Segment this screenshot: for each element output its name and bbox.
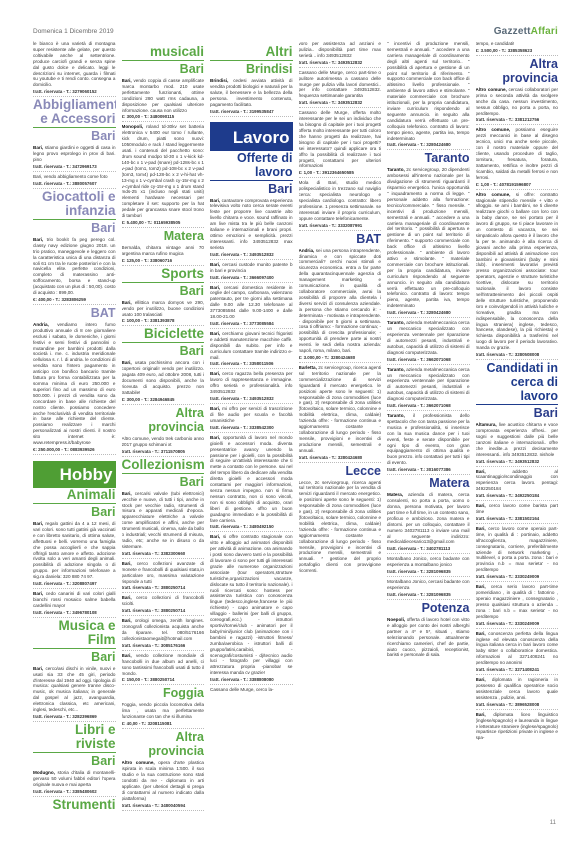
ad-contact: tratt. riservata - T.: 3480492150 bbox=[210, 524, 293, 532]
ad-contact: tratt. riservata - T.: 3773085584 bbox=[210, 321, 293, 329]
ad-text: Bari, cercasi domestica residente in ceg… bbox=[210, 285, 293, 320]
ad-text: " incentivi di produzione mensili, semes… bbox=[387, 41, 470, 141]
ad-text: le bianco è una varietà di montagna supe… bbox=[33, 41, 116, 88]
ad-text: Bari, diplomata liceo linguistico (ingle… bbox=[476, 712, 559, 742]
location-heading: Altra provincia bbox=[122, 730, 205, 758]
section-banner-lavoro: Lavoro bbox=[210, 122, 293, 151]
ad-contact: tratt. riservata - T.: 3492250184 bbox=[476, 493, 559, 501]
ad-contact: tratt. riservata - T.: 3493512832 bbox=[210, 252, 293, 260]
ad-contact: tratt. riservata - T.: 3666097400 bbox=[210, 275, 293, 283]
location-heading: Bari bbox=[33, 754, 116, 768]
ad-text: Matera, azienda di matera, cerca consule… bbox=[387, 492, 470, 545]
ad-contact: tratt. riservata - T.: 3493512832 bbox=[210, 396, 293, 404]
newspaper-page: Domenica 1 Dicembre 2019 GazzettAffari l… bbox=[33, 28, 558, 828]
ad-text: Taranto, azienda metalmeccanica cerca un… bbox=[387, 367, 470, 402]
ad-contact: tratt. riservata - T.: 3896528008 bbox=[476, 702, 559, 710]
location-heading: Altra provincia bbox=[122, 406, 205, 434]
ad-contact: tratt. riservata - T.: 3281096835 bbox=[387, 569, 470, 577]
ad-text: Bari, ellittica marca domyos ve 290, ven… bbox=[122, 300, 205, 318]
ad-contact: tratt. riservata - T.: 3338542300 bbox=[210, 425, 293, 433]
ad-contact: tratt. riservata - T.: 3282396869 bbox=[33, 714, 116, 722]
location-heading: Matera bbox=[387, 476, 470, 490]
ad-text: Cassano delle Murge, cerco la- bbox=[210, 687, 293, 693]
ad-text: Bari, cerco collezioni di francobolli sc… bbox=[122, 595, 205, 607]
ad-contact: €: 400,00 - T.: 3283806259 bbox=[33, 297, 116, 305]
ad-contact: tratt. riservata - T.: 3402781113 bbox=[387, 546, 470, 554]
columns: le bianco è una varietà di montagna supe… bbox=[33, 39, 558, 829]
ad-text: Bari, stiamo giardini e oggetti di casa … bbox=[33, 145, 116, 163]
page-number: 11 bbox=[550, 820, 556, 826]
category-heading: Altri bbox=[210, 45, 293, 59]
ad-text: Altro comune, si offre: contratto stagio… bbox=[476, 192, 559, 351]
ad-contact: €: 300,00 - T.: 3480090115 bbox=[122, 114, 205, 122]
category-heading: Strumenti bbox=[33, 798, 116, 812]
column-2: musicali Bari Bari, vendo coppia di cass… bbox=[122, 39, 205, 829]
ad-text: tempo, e candidati! bbox=[476, 41, 559, 47]
column-5: " incentivi di produzione mensili, semes… bbox=[387, 39, 470, 829]
category-heading: Musica e Film bbox=[33, 619, 116, 647]
ad-text: Bari, mi offro per servizi di trascrizio… bbox=[210, 406, 293, 424]
ad-text: Bari, usata pochissimo ancora con i cope… bbox=[122, 360, 205, 395]
subcategory-heading: Candidati in cerca di lavoro bbox=[476, 361, 559, 403]
ad-contact: tratt. riservata - T.: 3880057607 bbox=[33, 181, 116, 189]
ad-text: Monopoli, roland td-30kv set batteria el… bbox=[122, 124, 205, 219]
ad-text: Montalbano Jonico, cercasi badante con e… bbox=[387, 579, 470, 591]
ad-text: Bari, cerco ragazza bella presenza per l… bbox=[210, 371, 293, 395]
ad-text: Bari, orologi omega, zenith longines. cr… bbox=[122, 618, 205, 642]
category-heading: Collezionismo bbox=[122, 458, 205, 472]
category-heading: Animali bbox=[33, 488, 116, 502]
ad-text: Lecce, 2c servicegroup, ricerca agenti s… bbox=[299, 480, 382, 575]
ad-contact: €: 1,00 - T.: 3912364650585 bbox=[299, 170, 382, 178]
ad-text: Bari, cerco collezioni avanzate di monet… bbox=[122, 561, 205, 585]
ad-contact: €: 250.000,00 - T.: 0883939526 bbox=[33, 447, 116, 455]
ad-text: Bari, cantautore comprovata esperienza t… bbox=[210, 198, 293, 251]
ad-contact: €: 40,00 - T.: 3208115081 bbox=[122, 721, 205, 729]
ad-contact: tratt. riservata - T.: 3085176166 bbox=[122, 643, 205, 651]
ad-contact: tratt. riservata - T.: 3382300660 bbox=[122, 551, 205, 559]
ad-contact: €: 3.000,00 - T.: 3280424680 bbox=[299, 355, 382, 363]
ad-text: Altamura, live acustico chitarra e voce … bbox=[476, 422, 559, 457]
location-heading: Brindisi bbox=[210, 62, 293, 76]
ad-text: Foggia, vendo piccola locomotiva della l… bbox=[122, 702, 205, 720]
dateline: Domenica 1 Dicembre 2019 bbox=[33, 28, 114, 35]
location-heading: Foggia bbox=[122, 686, 205, 700]
category-heading: Abbigliamento e Accessori bbox=[33, 98, 116, 126]
ad-text: Altro comune, possiamo eseguire pezzi me… bbox=[476, 127, 559, 180]
ad-text: Taranto, il professionista dello spettac… bbox=[387, 413, 470, 466]
ad-contact: tratt. riservata - T.: 3381212756 bbox=[476, 117, 559, 125]
ad-contact: tratt. riservata - T.: 3381502164 bbox=[476, 516, 559, 524]
location-heading: Bari bbox=[33, 221, 116, 235]
ad-text: Bari, trio bookit fa peg perego col. cla… bbox=[33, 237, 116, 296]
ad-text: Montalbano Jonico, cerco badante con esp… bbox=[387, 556, 470, 568]
ad-contact: tratt. riservata - T.: 3330249009 bbox=[476, 574, 559, 582]
ad-text: Modugno, storia d'italia di montanelli-g… bbox=[33, 770, 116, 788]
ad-contact: tratt. riservata - T.: 3662071068 bbox=[387, 403, 470, 411]
category-heading: Giocattoli e infanzia bbox=[33, 190, 116, 218]
ad-text: Bari, opportunità di lavoro nel mondo gi… bbox=[210, 435, 293, 524]
ad-contact: tratt. riservata - T.: 3711570805 bbox=[122, 449, 205, 457]
ad-contact: tratt. riservata - T.: 3880250714 bbox=[122, 585, 205, 593]
location-heading: BAT bbox=[299, 232, 382, 246]
ad-text: Bari, cerca/si valvole (tubi elettronici… bbox=[122, 491, 205, 550]
ad-text: Bari, cerco lavoro come barista part tim… bbox=[476, 503, 559, 515]
category-heading: Biciclette bbox=[122, 327, 205, 341]
ad-contact: tratt. riservata - T.: 3199535847 bbox=[210, 109, 293, 117]
ad-text: Bari, cerco lavoro come operaio part-tim… bbox=[476, 526, 559, 573]
ad-text: Cassano delle Murge, cerco part-time o p… bbox=[299, 70, 382, 100]
ad-contact: €: 5.400,00 - T.: 01165938505 bbox=[122, 220, 205, 228]
ad-contact: €: 300,00 - T.: 3284946845 bbox=[122, 397, 205, 405]
ad-text: Bari, vendo coppia di casse amplificate … bbox=[122, 78, 205, 113]
ad-text: Bari, diplomata in ragioneria in possess… bbox=[476, 677, 559, 701]
ad-text: Bari, conoscenza perfetta della lingua i… bbox=[476, 631, 559, 666]
column-6: tempo, e candidati! €: 3.500,00 - T.: 33… bbox=[476, 39, 559, 829]
ad-text: Bari, addetto al scaantinaggio/scondinag… bbox=[476, 469, 559, 493]
ad-text: Brindisi, cedesi avviata attività di ven… bbox=[210, 78, 293, 108]
location-heading: Bari bbox=[122, 284, 205, 298]
ad-contact: tratt. riservata - T.: 3279060152 bbox=[33, 89, 116, 97]
ad-contact: tratt. riservata - T.: 3493512832 bbox=[476, 459, 559, 467]
ad-text: Bari, cerca serio lavoro part-time pomer… bbox=[476, 584, 559, 619]
location-heading: Bari bbox=[33, 650, 116, 664]
ad-text: voro per assistenza ad anziani e pulizia… bbox=[299, 41, 382, 59]
ad-contact: tratt. riservata - T.: 3332087991 bbox=[299, 223, 382, 231]
ad-text: Bernalda, chitarra vintage anni 70 argen… bbox=[122, 245, 205, 257]
ad-contact: tratt. riservata - T.: 3280424680 bbox=[387, 310, 470, 318]
location-heading: Bari bbox=[122, 62, 205, 76]
column-4: voro per assistenza ad anziani e pulizia… bbox=[299, 39, 382, 829]
column-3: Altri Brindisi Brindisi, cedesi avviata … bbox=[210, 39, 293, 829]
location-heading: Bari bbox=[122, 475, 205, 489]
ad-contact: €: 100,00 - T.: 3381393878 bbox=[122, 318, 205, 326]
ad-text: Bari, cerchiamo giovani tecnici frigoris… bbox=[210, 331, 293, 361]
category-heading: Libri e riviste bbox=[33, 723, 116, 751]
location-heading: Bari bbox=[476, 406, 559, 420]
ad-contact: tratt. riservata - T.: 3280424680 bbox=[387, 142, 470, 150]
ad-contact: tratt. riservata - T.: 3493512832 bbox=[299, 60, 382, 68]
ad-contact: tratt. riservata - T.: 3388808080 bbox=[210, 677, 293, 685]
ad-contact: tratt. riservata - T.: 3280508008 bbox=[476, 352, 559, 360]
ad-contact: €: 150,00 - T.: 3880250714 bbox=[122, 677, 205, 685]
ad-text: Mola di Bari, studio medico polispeciali… bbox=[299, 180, 382, 221]
ad-text: Taranto, azienda metalmeccanica cerca un… bbox=[387, 320, 470, 355]
column-1: le bianco è una varietà di montagna supe… bbox=[33, 39, 116, 829]
ad-text: Altro comune, cercasi collaboratori per … bbox=[476, 87, 559, 117]
location-heading: Altra provincia bbox=[476, 57, 559, 85]
ad-contact: tratt. riservata - T.: 3281096835 bbox=[387, 592, 470, 600]
ad-contact: €: 3.500,00 - T.: 3385358623 bbox=[476, 48, 559, 56]
ad-text: Bari, regalo gattini da 4 a 12 mesi, di … bbox=[33, 521, 116, 580]
ad-contact: tratt. riservata - T.: 3330249009 bbox=[476, 621, 559, 629]
location-heading: Taranto bbox=[387, 151, 470, 165]
location-heading: Bari bbox=[210, 182, 293, 196]
brand-logo: GazzettAffari bbox=[494, 26, 558, 37]
ad-contact: tratt. riservata - T.: 3480040594 bbox=[122, 803, 205, 811]
ad-text: Taranto, 2c servicegroup, 20 dipendenti … bbox=[387, 167, 470, 309]
ad-contact: €: 125,00 - T.: 338060716 bbox=[122, 258, 205, 266]
category-heading: Sports bbox=[122, 267, 205, 281]
ad-text: Cassano delle Murge, offerta molto inter… bbox=[299, 110, 382, 169]
ad-text: Andria, vendiamo intero fumo produttivo … bbox=[33, 322, 116, 446]
ad-text: Bari, cedo canarini di vari colori giall… bbox=[33, 591, 116, 609]
ad-contact: tratt. riservata - T.: 3271408241 bbox=[476, 667, 559, 675]
location-heading: Bari bbox=[33, 505, 116, 519]
ad-text: Bari, si offre contratto stagionale con … bbox=[210, 534, 293, 676]
location-heading: Matera bbox=[122, 229, 205, 243]
ad-contact: tratt. riservata - T.: 3662071068 bbox=[387, 357, 470, 365]
ad-contact: tratt. riservata - T.: 3358011506 bbox=[210, 361, 293, 369]
ad-text: Altro comune, vendo trek carbonio anno 2… bbox=[122, 436, 205, 448]
ad-text: Bari, cerco/asi dischi in vinile, nuovi … bbox=[33, 666, 116, 713]
ad-text: Bari, cercasi custode munito patente b i… bbox=[210, 262, 293, 274]
category-heading: musicali bbox=[122, 45, 205, 59]
ad-contact: tratt. riservata - T.: 3016077386 bbox=[387, 467, 470, 475]
location-heading: Bari bbox=[122, 344, 205, 358]
ad-contact: €: 1,00 - T.: 4078191596807 bbox=[476, 182, 559, 190]
ad-contact: tratt. riservata - T.: 3472969173 bbox=[33, 164, 116, 172]
ad-contact: tratt. riservata - T.: 3385480602 bbox=[33, 789, 116, 797]
location-heading: BAT bbox=[33, 306, 116, 320]
section-banner-hobby: Hobby bbox=[33, 461, 116, 488]
ad-text: Bari, vendo abbigliamento come foto bbox=[33, 174, 116, 180]
ad-text: Andria, sei una persona intraprendente, … bbox=[299, 248, 382, 354]
ad-text: Noepoli, offerta di lavoro hotel con vit… bbox=[387, 617, 470, 658]
ad-contact: tratt. riservata - T.: 3880250714 bbox=[122, 608, 205, 616]
ad-contact: tratt. riservata - T.: 3493512832 bbox=[299, 100, 382, 108]
location-heading: Potenza bbox=[387, 601, 470, 615]
location-heading: Lecce bbox=[299, 464, 382, 478]
ad-text: Barletta, 2c servicegroup, ricerca agent… bbox=[299, 365, 382, 454]
ad-text: Bari, vendo collezione mondiale di franc… bbox=[122, 653, 205, 677]
ad-contact: tratt. riservata - T.: 3496780108 bbox=[33, 610, 116, 618]
ad-text: Altro comune, opera d'arte plastica ispi… bbox=[122, 760, 205, 801]
ad-contact: tratt. riservata - T.: 3280424680 bbox=[299, 455, 382, 463]
subcategory-heading: Offerte di lavoro bbox=[210, 151, 293, 179]
location-heading: Bari bbox=[33, 129, 116, 143]
ad-contact: tratt. riservata - T.: 3208807497 bbox=[33, 581, 116, 589]
